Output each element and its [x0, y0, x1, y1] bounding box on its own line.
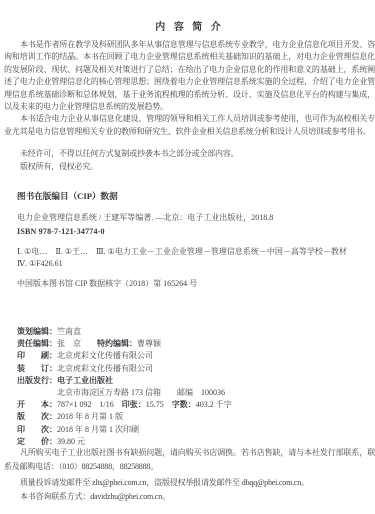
colophon-row-planning-editor: 策划编辑：竺南直: [17, 326, 367, 338]
publisher-name: 电子工业出版社: [57, 376, 113, 385]
rights-reserved-notice: 版权所有，侵权必究。: [4, 161, 375, 173]
colophon-label: 开 本：: [17, 400, 57, 409]
colophon-value: 15.75: [146, 400, 172, 409]
colophon-label: 策划编辑：: [17, 327, 57, 336]
colophon-value: 竺南直: [57, 327, 81, 336]
copyright-page: 内 容 简 介 本书是作者所在教学及科研团队多年从事信息管理与信息系统专业教学，…: [0, 0, 375, 514]
colophon-value: 787×1 092 1/16: [57, 400, 122, 409]
colophon-value: 2018 年 8 月第 1 版: [57, 412, 123, 421]
colophon-row-binder: 装 订：北京虎彩文化传播有限公司: [17, 363, 367, 375]
colophon-row-format: 开 本：787×1 092 1/16 印张：15.75 字数：403.2 千字: [17, 399, 367, 411]
colophon-label: 特约编辑：: [81, 339, 137, 348]
colophon-label: 印 次：: [17, 425, 57, 434]
colophon-label: 印张：: [122, 400, 146, 409]
colophon-label: 字数：: [172, 400, 196, 409]
cip-book-entry: 电力企业管理信息系统 / 王建军等编著. —北京：电子工业出版社，2018.8: [17, 212, 367, 224]
summary-paragraph-1: 本书是作者所在教学及科研团队多年从事信息管理与信息系统专业教学，电力企业信息化项…: [4, 39, 375, 113]
colophon-value: 2018 年 8 月第 1 次印刷: [57, 425, 139, 434]
cip-heading: 图书在版编目（CIP）数据: [17, 190, 367, 202]
content-summary-section: 内 容 简 介 本书是作者所在教学及科研团队多年从事信息管理与信息系统专业教学，…: [4, 22, 375, 173]
complaint-email-line: 质量投诉请发邮件至 zlts@phei.com.cn，盗版侵权举报请发邮件至 d…: [4, 476, 375, 490]
publisher-address: 北京市海淀区万寿路 173 信箱 邮编 100036: [57, 388, 225, 397]
cip-classification-line2: Ⅳ. ①F426.61: [17, 258, 367, 270]
isbn-number: ISBN 978-7-121-34774-0: [17, 226, 367, 238]
colophon-label: 印 刷：: [17, 351, 57, 360]
colophon-label: 出版发行：: [17, 376, 57, 385]
colophon-row-printer: 印 刷：北京虎彩文化传播有限公司: [17, 350, 367, 362]
colophon-label: [17, 388, 57, 397]
content-summary-title: 内 容 简 介: [4, 22, 375, 34]
colophon-value: 张 京: [57, 339, 81, 348]
colophon-row-publisher: 出版发行：电子工业出版社: [17, 375, 367, 387]
summary-paragraph-2: 本书适合电力企业从事信息化建设、管理的领导和相关工作人员培训或参考使用，也可作为…: [4, 113, 375, 138]
cip-classification-line1: Ⅰ. ①电… Ⅱ. ①王… Ⅲ. ①电力工业－工业企业管理－管理信息系统－中国－…: [17, 246, 367, 258]
no-copy-notice: 未经许可，不得以任何方式复制或抄袭本书之部分或全部内容。: [4, 148, 375, 160]
colophon-value: 403.2 千字: [196, 400, 232, 409]
cip-data-section: 图书在版编目（CIP）数据 电力企业管理信息系统 / 王建军等编著. —北京：电…: [17, 190, 367, 290]
colophon-label: 装 订：: [17, 364, 57, 373]
colophon-value: 北京虎彩文化传播有限公司: [57, 364, 153, 373]
cip-record-number: 中国版本图书馆 CIP 数据核字（2018）第 165264 号: [17, 278, 367, 290]
service-info-section: 凡所购买电子工业出版社图书有缺损问题，请向购买书店调换。若书店售缺，请与本社发行…: [4, 446, 375, 503]
colophon-row-responsible-editor: 责任编辑：张 京 特约编辑：曹尊颖: [17, 338, 367, 350]
colophon-value: 曹尊颖: [137, 339, 161, 348]
consult-email-line: 本书咨询联系方式：davidzhu@phei.com.cn。: [4, 490, 375, 504]
colophon-row-edition: 版 次：2018 年 8 月第 1 版: [17, 411, 367, 423]
colophon-row-impression: 印 次：2018 年 8 月第 1 次印刷: [17, 424, 367, 436]
colophon-label: 定 价：: [17, 437, 57, 446]
exchange-notice: 凡所购买电子工业出版社图书有缺损问题，请向购买书店调换。若书店售缺，请与本社发行…: [4, 446, 375, 473]
colophon-label: 责任编辑：: [17, 339, 57, 348]
colophon-value: 北京虎彩文化传播有限公司: [57, 351, 153, 360]
colophon-label: 版 次：: [17, 412, 57, 421]
colophon-section: 策划编辑：竺南直 责任编辑：张 京 特约编辑：曹尊颖 印 刷：北京虎彩文化传播有…: [17, 326, 367, 448]
colophon-row-address: 北京市海淀区万寿路 173 信箱 邮编 100036: [17, 387, 367, 399]
book-price: 39.80 元: [57, 437, 85, 446]
